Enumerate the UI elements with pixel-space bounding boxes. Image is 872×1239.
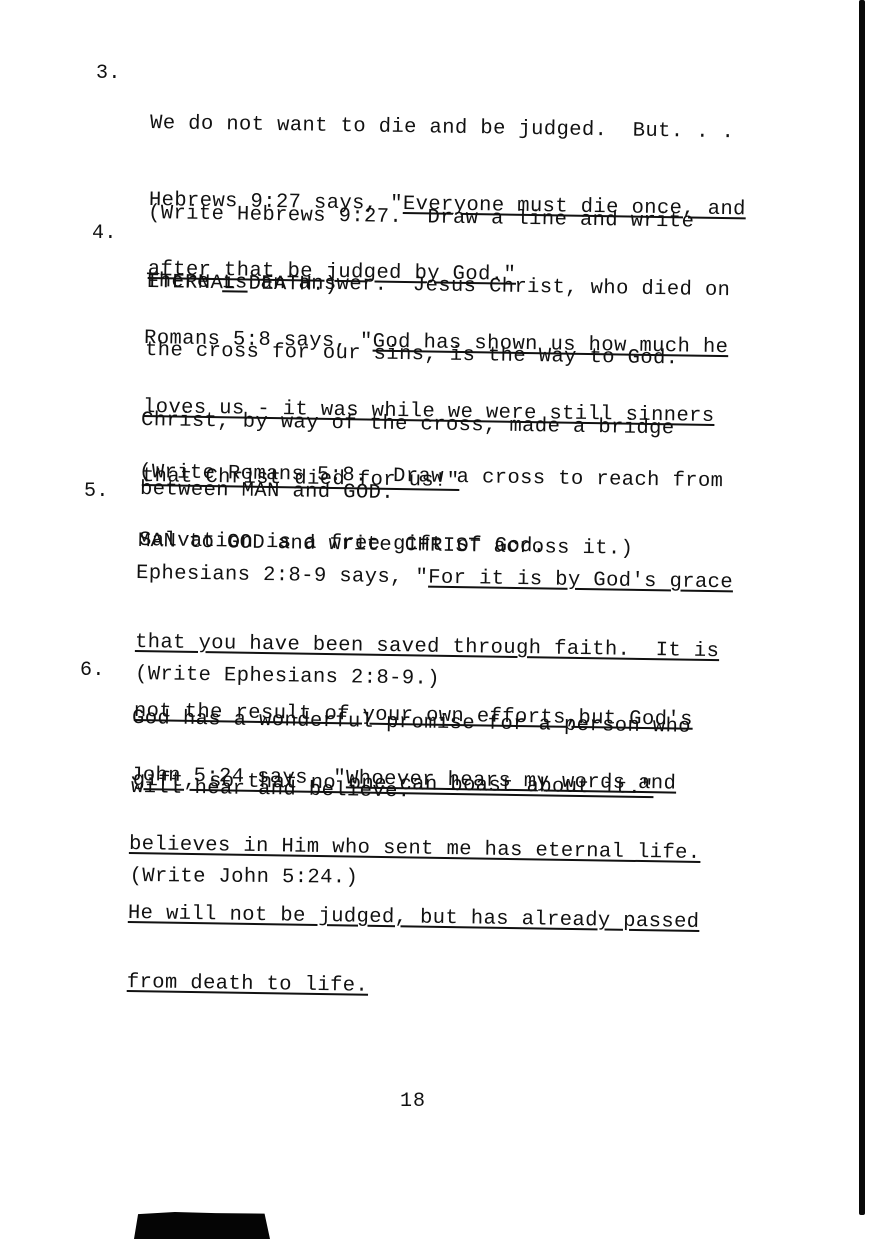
item-number: 5. (84, 480, 109, 503)
item-number: 6. (80, 659, 105, 682)
plain-text: Ephesians 2:8-9 says, " (136, 562, 428, 590)
text-line: Ephesians 2:8-9 says, "For it is by God'… (136, 562, 733, 594)
plain-text: (Write John 5:24.) (130, 865, 359, 890)
scan-edge-shadow (859, 0, 865, 1215)
plain-text: John 5:24 says, " (130, 764, 346, 790)
text-line: Romans 5:8 says, "God has shown us how m… (144, 327, 729, 359)
plain-text: We do not want to die and be judged. But… (150, 112, 735, 144)
underlined-verse: God has shown us how much he (373, 331, 729, 360)
text-line: (Write John 5:24.) (130, 865, 359, 890)
underlined-verse: For it is by God's grace (428, 567, 733, 595)
page-number: 18 (400, 1090, 426, 1113)
instruction-text: (Write John 5:24.) (129, 819, 358, 936)
item-number: 3. (96, 62, 121, 85)
scan-ink-blot (134, 1212, 270, 1239)
underlined-verse: from death to life. (127, 971, 369, 998)
underlined-verse: Whoever hears my words and (346, 767, 677, 795)
text-line: from death to life. (127, 971, 699, 1003)
item-number: 4. (92, 222, 117, 245)
text-line: We do not want to die and be judged. But… (150, 112, 747, 144)
plain-text: Romans 5:8 says, " (144, 327, 373, 354)
text-line: John 5:24 says, "Whoever hears my words … (130, 764, 702, 796)
